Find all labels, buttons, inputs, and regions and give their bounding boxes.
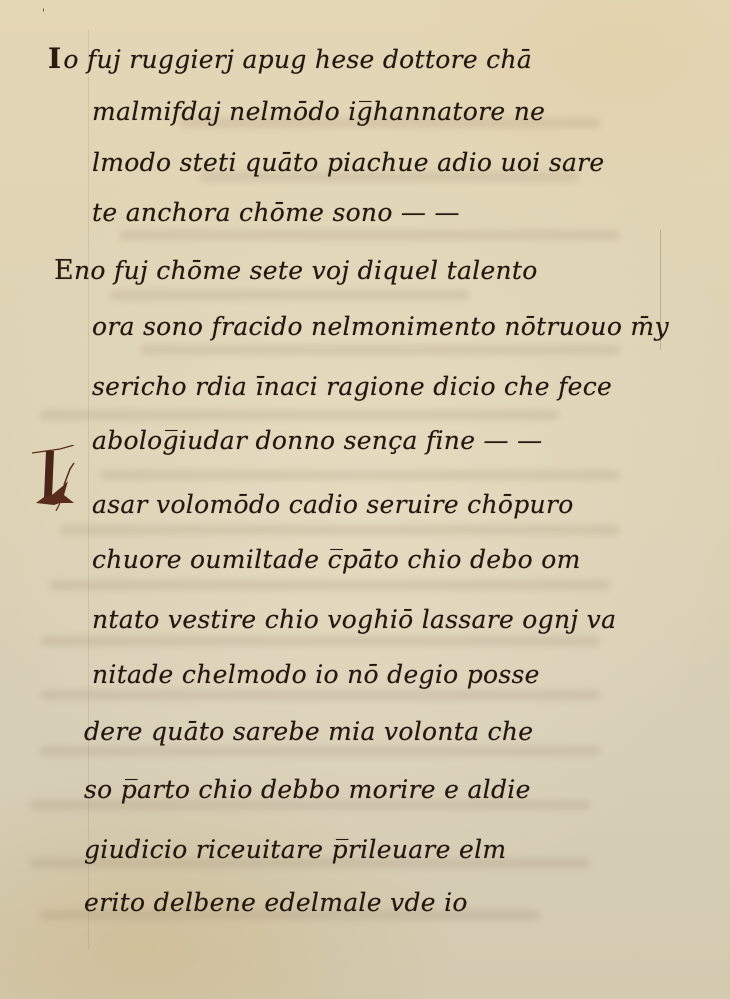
show-through-text <box>50 580 610 590</box>
line-text: chuore oumiltade c̅pāto chio debo om <box>92 545 581 574</box>
manuscript-line: sericho rdia īnaci ragione dicio che fec… <box>92 372 612 402</box>
line-text: te anchora chōme sono — — <box>92 198 460 227</box>
line-text: ntato vestire chio voghiō lassare ognj v… <box>92 605 616 634</box>
manuscript-line: lmodo steti quāto piachue adio uoi sare <box>92 148 605 178</box>
show-through-text <box>100 470 620 480</box>
line-text: malmifdaj nelmōdo ig̅hannatore ne <box>92 97 545 126</box>
show-through-text <box>40 410 560 420</box>
manuscript-line: erito delbene edelmale vde io <box>84 888 468 918</box>
manuscript-line: giudicio riceuitare p̅rileuare elm <box>84 835 506 865</box>
line-text: giudicio riceuitare p̅rileuare elm <box>84 835 506 864</box>
ruling-line-left <box>88 30 89 950</box>
manuscript-line: chuore oumiltade c̅pāto chio debo om <box>92 545 581 575</box>
line-text: no fuj chōme sete voj diquel talento <box>74 256 538 285</box>
decorated-initial-l <box>30 445 78 511</box>
manuscript-line: asar volomōdo cadio seruire chōpuro <box>92 490 574 520</box>
show-through-text <box>60 525 620 535</box>
manuscript-line: ora sono fracido nelmonimento nōtruouo m… <box>92 312 669 342</box>
initial-letter-i: I <box>48 42 61 75</box>
manuscript-line: te anchora chōme sono — — <box>92 198 460 228</box>
show-through-text <box>40 690 600 700</box>
line-text: asar volomōdo cadio seruire chōpuro <box>92 490 574 519</box>
manuscript-line: abolog̅iudar donno sença fine — — <box>92 426 542 456</box>
line-text: ora sono fracido nelmonimento nōtruouo m… <box>92 312 669 341</box>
line-text: erito delbene edelmale vde io <box>84 888 468 917</box>
folio-mark: ' <box>42 8 45 19</box>
manuscript-line: ntato vestire chio voghiō lassare ognj v… <box>92 605 616 635</box>
manuscript-line: nitade chelmodo io nō degio posse <box>92 660 540 690</box>
show-through-text <box>120 230 620 240</box>
show-through-text <box>140 345 620 355</box>
line-text: o fuj ruggierj apug hese dottore chā <box>63 45 532 74</box>
manuscript-line: Io fuj ruggierj apug hese dottore chā <box>48 44 532 75</box>
line-text: so p̅arto chio debbo morire e aldie <box>84 775 531 804</box>
line-text: dere quāto sarebe mia volonta che <box>84 717 533 746</box>
manuscript-line: so p̅arto chio debbo morire e aldie <box>84 775 531 805</box>
show-through-text <box>40 746 600 756</box>
line-text: lmodo steti quāto piachue adio uoi sare <box>92 148 605 177</box>
manuscript-page: ' Io fuj ruggierj apug hese dottore chā … <box>0 0 730 999</box>
line-text: sericho rdia īnaci ragione dicio che fec… <box>92 372 612 401</box>
manuscript-line: Eno fuj chōme sete voj diquel talento <box>54 256 538 286</box>
show-through-text <box>40 636 600 646</box>
manuscript-line: dere quāto sarebe mia volonta che <box>84 717 533 747</box>
initial-letter-e: E <box>54 255 74 286</box>
manuscript-line: malmifdaj nelmōdo ig̅hannatore ne <box>92 97 545 127</box>
line-text: abolog̅iudar donno sença fine — — <box>92 426 542 455</box>
line-text: nitade chelmodo io nō degio posse <box>92 660 540 689</box>
show-through-text <box>110 290 470 300</box>
